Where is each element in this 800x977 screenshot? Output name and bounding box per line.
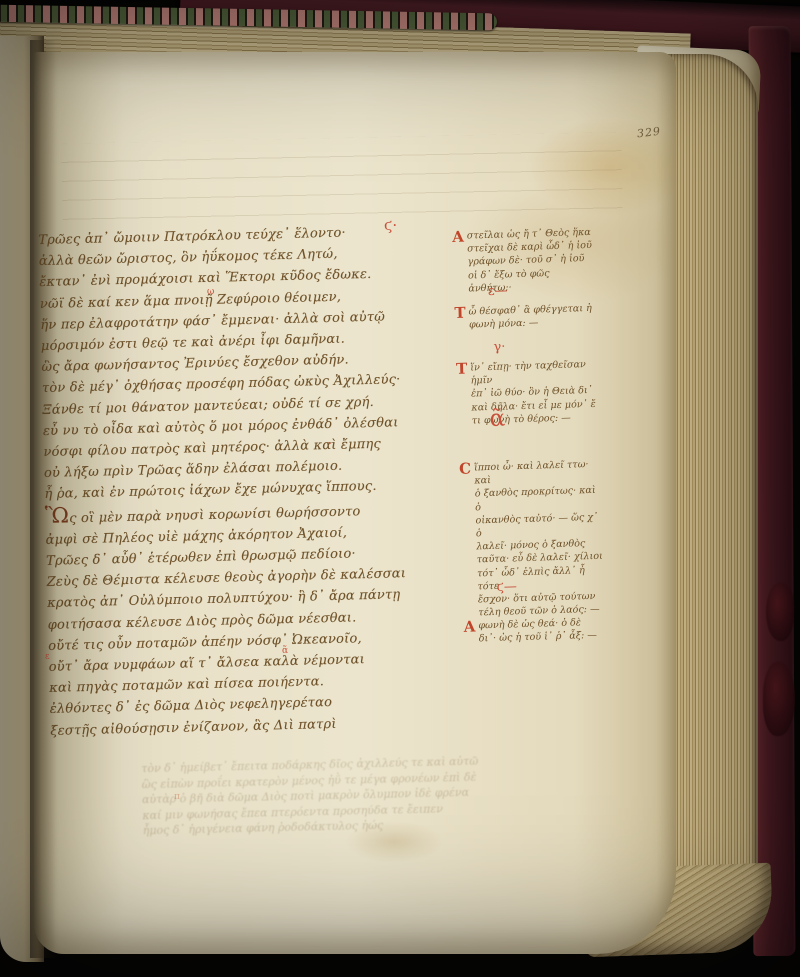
- scholion-line: φωνὴ μόνα: —: [469, 315, 593, 332]
- scholion-group-4: Ϲ ἵπποι ὦ· καὶ λαλεῖ ττω· καὶ ὁ ξανθὸς π…: [459, 458, 606, 621]
- show-through-rubric-speck: π: [174, 792, 180, 802]
- main-text-block: Τρῶες ἀπ᾽ ὤμοιιν Πατρόκλου τεύχε᾽ ἕλοντο…: [38, 220, 456, 742]
- manuscript-photo: 329 ϛ· ω ῀ ἅ ε Τρῶες ἀπ᾽ ὤμοιιν Πατρόκλο…: [0, 0, 800, 977]
- clasp-stud-upper: [766, 583, 794, 641]
- scholion-text: ἵπποι ὦ· καὶ λαλεῖ ττω· καὶ ὁ ξανθὸς προ…: [474, 458, 606, 620]
- rubric-divider-3: ᾶ: [489, 413, 505, 427]
- show-through-text: τὸν δ᾽ ἠμείβετ᾽ ἔπειτα ποδάρκης δῖος ἀχι…: [141, 751, 603, 839]
- scholion-group-2: Τ ὦ θέσφαθ᾽ ἃ φθέγγεται ἡ φωνὴ μόνα: —: [454, 302, 597, 333]
- scholion-line: ἵπποι ὦ· καὶ λαλεῖ ττω· καὶ: [474, 458, 602, 488]
- scholion-group-1: Α στεῖλαι ὡς ἤ τ᾽ Θεὸς ἥκα στεῖχαι δὲ κα…: [452, 226, 596, 296]
- scholion-initial: Α: [464, 619, 476, 646]
- scholion-line: δι᾽· ὡς ἡ τοῦ ἱ᾽ ῥ᾽ ἆξ: —: [479, 629, 598, 646]
- scholion-text: στεῖλαι ὡς ἤ τ᾽ Θεὸς ἥκα στεῖχαι δὲ καρὶ…: [467, 226, 596, 296]
- scholion-line: οἰκανθὸς ταὐτό· — ὥς χ᾽ ὁ: [475, 510, 603, 540]
- rubric-divider-1: ε—: [488, 284, 508, 298]
- scholion-initial: Τ: [456, 362, 469, 428]
- rubric-divider-4: ϛ—: [496, 580, 517, 594]
- scholion-initial: Τ: [454, 306, 466, 333]
- clasp-stud-lower: [763, 662, 795, 736]
- scholion-group-3: Τ ἵν᾽ εἴπῃ· τὴν ταχθεῖσαν ἡμῖν ἐπ᾽ ἰῶ θύ…: [456, 358, 600, 428]
- scholion-text: φωνὴ δὲ ὡς θεά· ὁ δὲ δι᾽· ὡς ἡ τοῦ ἱ᾽ ῥ᾽…: [478, 616, 597, 646]
- scholion-initial: Α: [452, 230, 466, 296]
- scholion-line: ὁ ξανθὸς προκρίτως· καὶ ὁ: [475, 484, 603, 514]
- blind-ruling-lines: [61, 132, 623, 226]
- scholion-text: ὦ θέσφαθ᾽ ἃ φθέγγεται ἡ φωνὴ μόνα: —: [468, 302, 592, 332]
- scholion-line: ἵν᾽ εἴπῃ· τὴν ταχθεῖσαν ἡμῖν: [470, 358, 599, 388]
- scholion-group-5: Α φωνὴ δὲ ὡς θεά· ὁ δὲ δι᾽· ὡς ἡ τοῦ ἱ᾽ …: [464, 616, 607, 647]
- rubric-divider-2: γ·: [493, 340, 505, 354]
- scholia-column: Α στεῖλαι ὡς ἤ τ᾽ Θεὸς ἥκα στεῖχαι δὲ κα…: [452, 226, 607, 670]
